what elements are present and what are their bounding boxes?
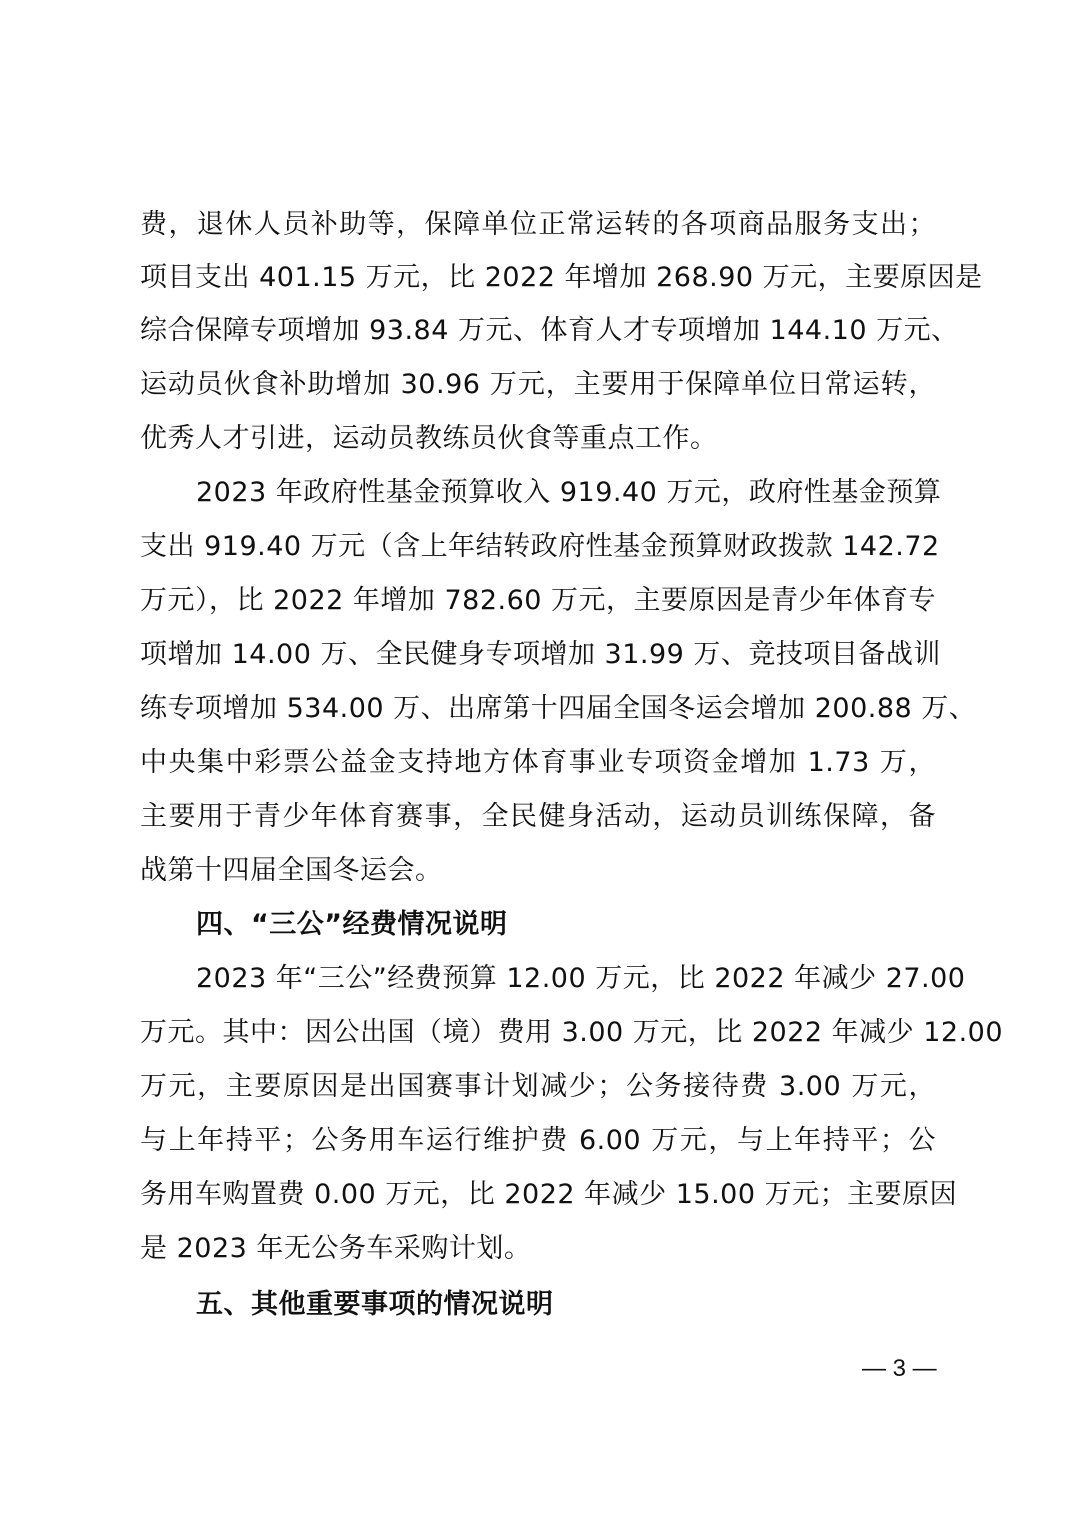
text-line: 练专项增加 534.00 万、出席第十四届全国冬运会增加 200.88 万、 [140, 692, 936, 726]
text-line: 万元，主要原因是出国赛事计划减少；公务接待费 3.00 万元， [140, 1070, 936, 1104]
text-line: 与上年持平；公务用车运行维护费 6.00 万元，与上年持平；公 [140, 1124, 936, 1158]
text-line: 优秀人才引进，运动员教练员伙食等重点工作。 [140, 422, 936, 456]
text-line: 2023 年“三公”经费预算 12.00 万元，比 2022 年减少 27.00 [196, 962, 936, 996]
text-line: 综合保障专项增加 93.84 万元、体育人才专项增加 144.10 万元、 [140, 314, 936, 348]
text-line: 2023 年政府性基金预算收入 919.40 万元，政府性基金预算 [196, 476, 936, 510]
text-line: 主要用于青少年体育赛事，全民健身活动，运动员训练保障，备 [140, 800, 936, 834]
page-number: — 3 — [862, 1354, 937, 1384]
text-line: 万元），比 2022 年增加 782.60 万元，主要原因是青少年体育专 [140, 584, 936, 618]
text-line: 项目支出 401.15 万元，比 2022 年增加 268.90 万元，主要原因… [140, 261, 936, 295]
section-heading-four: 四、“三公”经费情况说明 [196, 908, 508, 942]
text-line: 战第十四届全国冬运会。 [140, 854, 936, 888]
text-line: 支出 919.40 万元（含上年结转政府性基金预算财政拨款 142.72 [140, 530, 936, 564]
text-line: 中央集中彩票公益金支持地方体育事业专项资金增加 1.73 万， [140, 746, 936, 780]
text-line: 运动员伙食补助增加 30.96 万元，主要用于保障单位日常运转， [140, 368, 936, 402]
text-line: 务用车购置费 0.00 万元，比 2022 年减少 15.00 万元；主要原因 [140, 1178, 936, 1212]
text-line: 项增加 14.00 万、全民健身专项增加 31.99 万、竞技项目备战训 [140, 638, 936, 672]
document-page: 费，退休人员补助等，保障单位正常运转的各项商品服务支出； 项目支出 401.15… [0, 0, 1074, 1520]
text-line: 费，退休人员补助等，保障单位正常运转的各项商品服务支出； [140, 208, 936, 242]
text-line: 是 2023 年无公务车采购计划。 [140, 1232, 936, 1266]
section-heading-five: 五、其他重要事项的情况说明 [196, 1288, 554, 1322]
text-line: 万元。其中：因公出国（境）费用 3.00 万元，比 2022 年减少 12.00 [140, 1016, 936, 1050]
